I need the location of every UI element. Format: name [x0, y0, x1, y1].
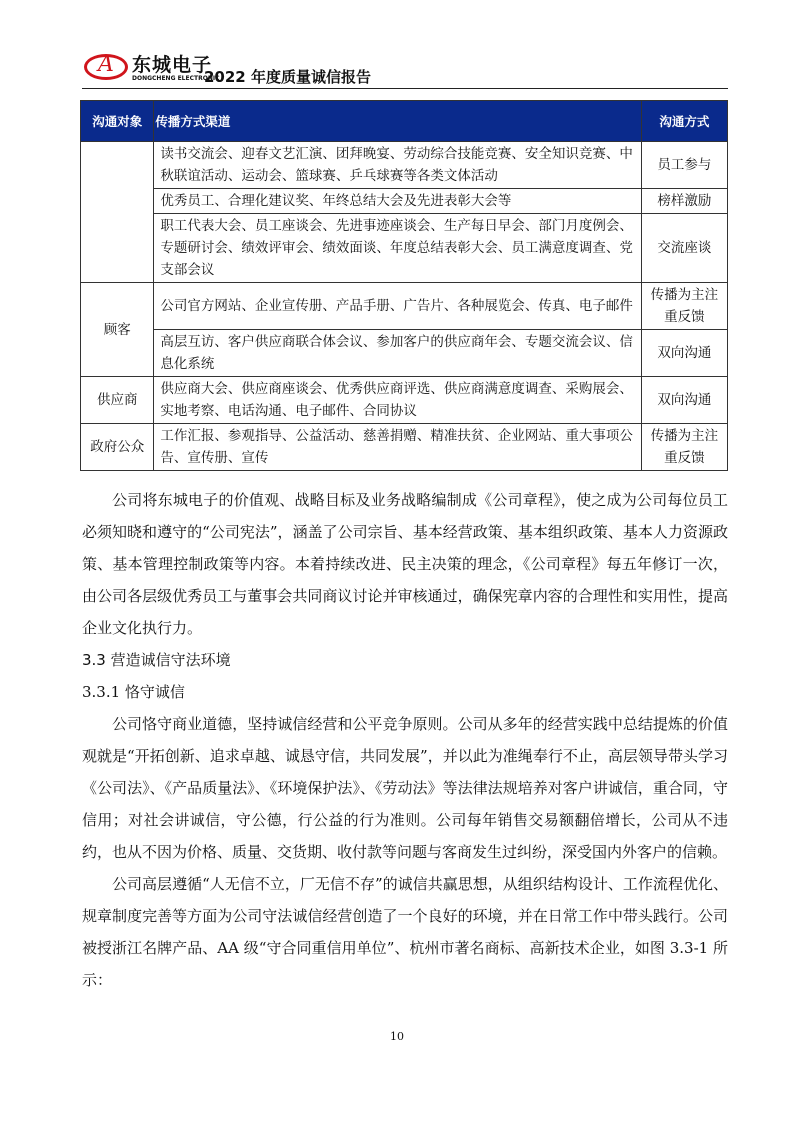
method-cell: 交流座谈 — [641, 214, 727, 283]
report-title: 2022 年度质量诚信报告 — [204, 66, 371, 87]
channels-cell: 供应商大会、供应商座谈会、优秀供应商评选、供应商满意度调查、采购展会、实地考察、… — [154, 377, 641, 424]
target-cell — [81, 142, 154, 283]
table-row: 高层互访、客户供应商联合体会议、参加客户的供应商年会、专题交流会议、信息化系统 … — [81, 330, 728, 377]
company-name-cn: 东城电子 — [132, 50, 212, 77]
paragraph: 公司将东城电子的价值观、战略目标及业务战略编制成《公司章程》，使之成为公司每位员… — [82, 484, 728, 644]
paragraph: 公司恪守商业道德，坚持诚信经营和公平竞争原则。公司从多年的经营实践中总结提炼的价… — [82, 708, 728, 868]
channels-cell: 优秀员工、合理化建议奖、年终总结大会及先进表彰大会等 — [154, 189, 641, 214]
column-header-channels: 传播方式渠道 — [154, 101, 641, 142]
channels-cell: 职工代表大会、员工座谈会、先进事迹座谈会、生产每日早会、部门月度例会、专题研讨会… — [154, 214, 641, 283]
method-cell: 员工参与 — [641, 142, 727, 189]
table-header-row: 沟通对象 传播方式渠道 沟通方式 — [81, 101, 728, 142]
column-header-target: 沟通对象 — [81, 101, 154, 142]
channels-cell: 工作汇报、参观指导、公益活动、慈善捐赠、精准扶贫、企业网站、重大事项公告、宣传册… — [154, 424, 641, 471]
communication-table: 沟通对象 传播方式渠道 沟通方式 读书交流会、迎春文艺汇演、团拜晚宴、劳动综合技… — [80, 100, 728, 471]
target-cell: 政府公众 — [81, 424, 154, 471]
method-cell: 双向沟通 — [641, 330, 727, 377]
table-row: 优秀员工、合理化建议奖、年终总结大会及先进表彰大会等 榜样激励 — [81, 189, 728, 214]
page-header: A 东城电子 DONGCHENG ELECTRONIC 2022 年度质量诚信报… — [82, 48, 728, 89]
target-cell: 顾客 — [81, 283, 154, 377]
table-row: 供应商 供应商大会、供应商座谈会、优秀供应商评选、供应商满意度调查、采购展会、实… — [81, 377, 728, 424]
table-row: 职工代表大会、员工座谈会、先进事迹座谈会、生产每日早会、部门月度例会、专题研讨会… — [81, 214, 728, 283]
channels-cell: 公司官方网站、企业宣传册、产品手册、广告片、各种展览会、传真、电子邮件 — [154, 283, 641, 330]
table-row: 顾客 公司官方网站、企业宣传册、产品手册、广告片、各种展览会、传真、电子邮件 传… — [81, 283, 728, 330]
method-cell: 榜样激励 — [641, 189, 727, 214]
target-cell: 供应商 — [81, 377, 154, 424]
channels-cell: 高层互访、客户供应商联合体会议、参加客户的供应商年会、专题交流会议、信息化系统 — [154, 330, 641, 377]
method-cell: 传播为主注重反馈 — [641, 283, 727, 330]
company-logo-icon: A — [84, 54, 128, 80]
column-header-method: 沟通方式 — [641, 101, 727, 142]
table-row: 政府公众 工作汇报、参观指导、公益活动、慈善捐赠、精准扶贫、企业网站、重大事项公… — [81, 424, 728, 471]
table-row: 读书交流会、迎春文艺汇演、团拜晚宴、劳动综合技能竞赛、安全知识竞赛、中秋联谊活动… — [81, 142, 728, 189]
subsection-heading: 3.3.1 恪守诚信 — [82, 676, 728, 708]
method-cell: 传播为主注重反馈 — [641, 424, 727, 471]
section-heading: 3.3 营造诚信守法环境 — [82, 644, 728, 676]
body-content: 公司将东城电子的价值观、战略目标及业务战略编制成《公司章程》，使之成为公司每位员… — [82, 484, 728, 996]
channels-cell: 读书交流会、迎春文艺汇演、团拜晚宴、劳动综合技能竞赛、安全知识竞赛、中秋联谊活动… — [154, 142, 641, 189]
paragraph: 公司高层遵循“人无信不立，厂无信不存”的诚信共赢思想，从组织结构设计、工作流程优… — [82, 868, 728, 996]
method-cell: 双向沟通 — [641, 377, 727, 424]
page-number: 10 — [0, 1030, 794, 1043]
